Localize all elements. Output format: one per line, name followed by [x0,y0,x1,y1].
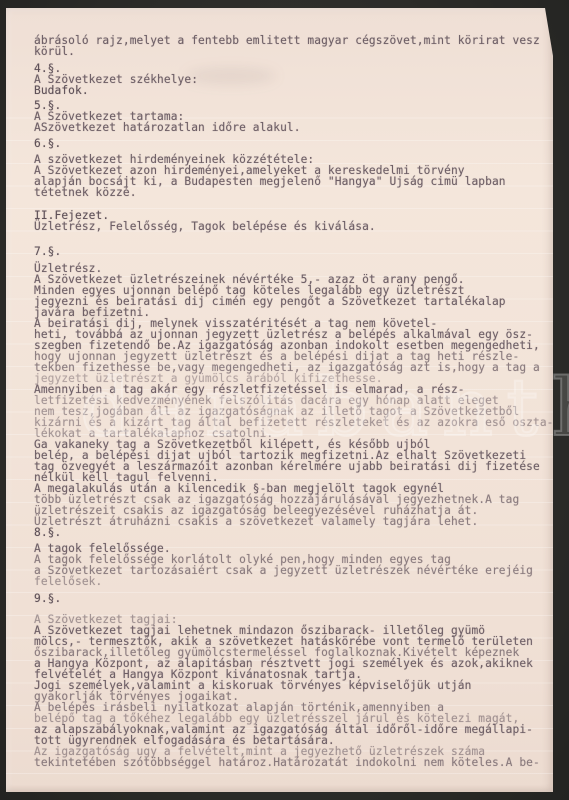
text-line: felelősek. [34,576,553,587]
text-line: belépő tag a tőkéhez legalább egy üzletr… [34,713,553,724]
scan-background: { "document": { "kind": "scanned typewri… [0,0,569,800]
text-line: lékokat a tartalékalaphoz csatolni. [34,428,553,439]
text-line: Üzletrészt átruházni csakis a szövetkeze… [34,516,553,527]
typewritten-text: ábrásoló rajz,melyet a fentebb emlitett … [6,8,553,768]
section-heading: 9.§. [34,593,553,604]
text-line: körül. [34,46,553,57]
chapter-subtitle: Üzletrész, Felelősség, Tagok belépése és… [34,221,553,232]
text-line: tétetnek közzé. [34,187,553,198]
text-line: tekintetében szótöbbséggel határoz.Határ… [34,757,553,768]
text-line: jegyzett üzletrészt a gyümölcs árából ki… [34,373,553,384]
section-heading: 7.§. [34,246,553,257]
text-line: Budafok. [34,85,553,96]
text-line: ábrásoló rajz,melyet a fentebb emlitett … [34,35,553,46]
paper-sheet: ábrásoló rajz,melyet a fentebb emlitett … [6,8,553,792]
section-heading: 6.§. [34,138,553,149]
section-title: A Szövetkezet tagjai: [34,614,553,625]
text-line: őszibarack,illetőleg gyümölcstermeléssel… [34,647,553,658]
section-heading: 8.§. [34,527,553,538]
text-line: a Szövetkezet tartozásaiért csak a jegyz… [34,565,553,576]
section-title: A Szövetkezet székhelye: [34,74,553,85]
text-line: ASzövetkezet határozatlan időre alakul. [34,122,553,133]
